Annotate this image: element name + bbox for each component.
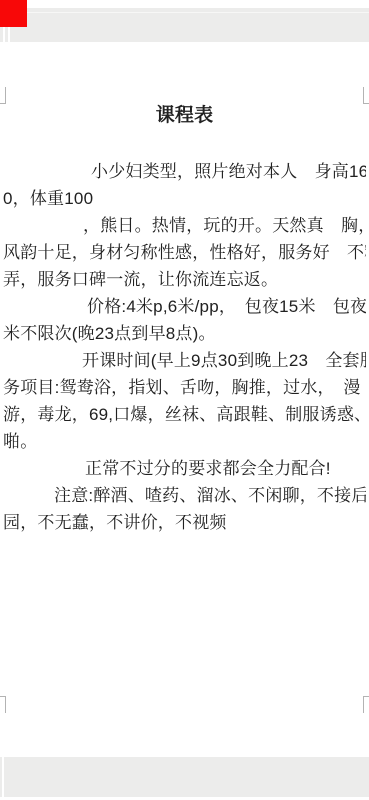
doc-line: 米不限次(晚23点到早8点)。 xyxy=(3,320,366,347)
doc-line: 游，毒龙，69,口爆，丝袜、高跟鞋、制服诱惑、啪 xyxy=(3,401,366,428)
app-screen: 课程表 小少妇类型，照片绝对本人 身高160，体重100，熊日。热情，玩的开。天… xyxy=(0,0,369,800)
doc-line: ，熊日。热情，玩的开。天然真 胸， xyxy=(3,212,366,239)
page-corner-mark-bottom-left xyxy=(0,696,6,713)
top-toolbar xyxy=(0,8,369,42)
doc-line: 弄，服务口碑一流，让你流连忘返。 xyxy=(3,266,366,293)
doc-line: 注意:醉酒、喳药、溜冰、不闲聊，不接后花 xyxy=(3,482,366,509)
document-body: 小少妇类型，照片绝对本人 身高160，体重100，熊日。热情，玩的开。天然真 胸… xyxy=(3,158,366,536)
document-page: 课程表 小少妇类型，照片绝对本人 身高160，体重100，熊日。热情，玩的开。天… xyxy=(3,102,366,536)
page-corner-mark-bottom-right xyxy=(363,696,369,713)
recording-indicator xyxy=(0,0,27,27)
bottom-toolbar xyxy=(0,757,369,797)
doc-line: 风韵十足，身材匀称性感，性格好，服务好 不糊 xyxy=(3,239,366,266)
doc-line: 小少妇类型，照片绝对本人 身高16 xyxy=(3,158,366,185)
doc-line: 园，不无蠢，不讲价，不视频 xyxy=(3,509,366,536)
toolbar-divider xyxy=(2,757,4,797)
doc-line: 正常不过分的要求都会全力配合! xyxy=(3,455,366,482)
doc-line: 开课时间(早上9点30到晚上23 全套服 xyxy=(3,347,366,374)
document-title: 课程表 xyxy=(3,102,366,129)
doc-line: 价格:4米p,6米/pp， 包夜15米 包夜15 xyxy=(3,293,366,320)
doc-line: 务项目:鸳鸯浴，指划、舌吻，胸推，过水， 漫 xyxy=(3,374,366,401)
doc-line: 0，体重100 xyxy=(3,185,366,212)
toolbar-highlight-line xyxy=(0,12,369,13)
doc-line: 啪。 xyxy=(3,428,366,455)
